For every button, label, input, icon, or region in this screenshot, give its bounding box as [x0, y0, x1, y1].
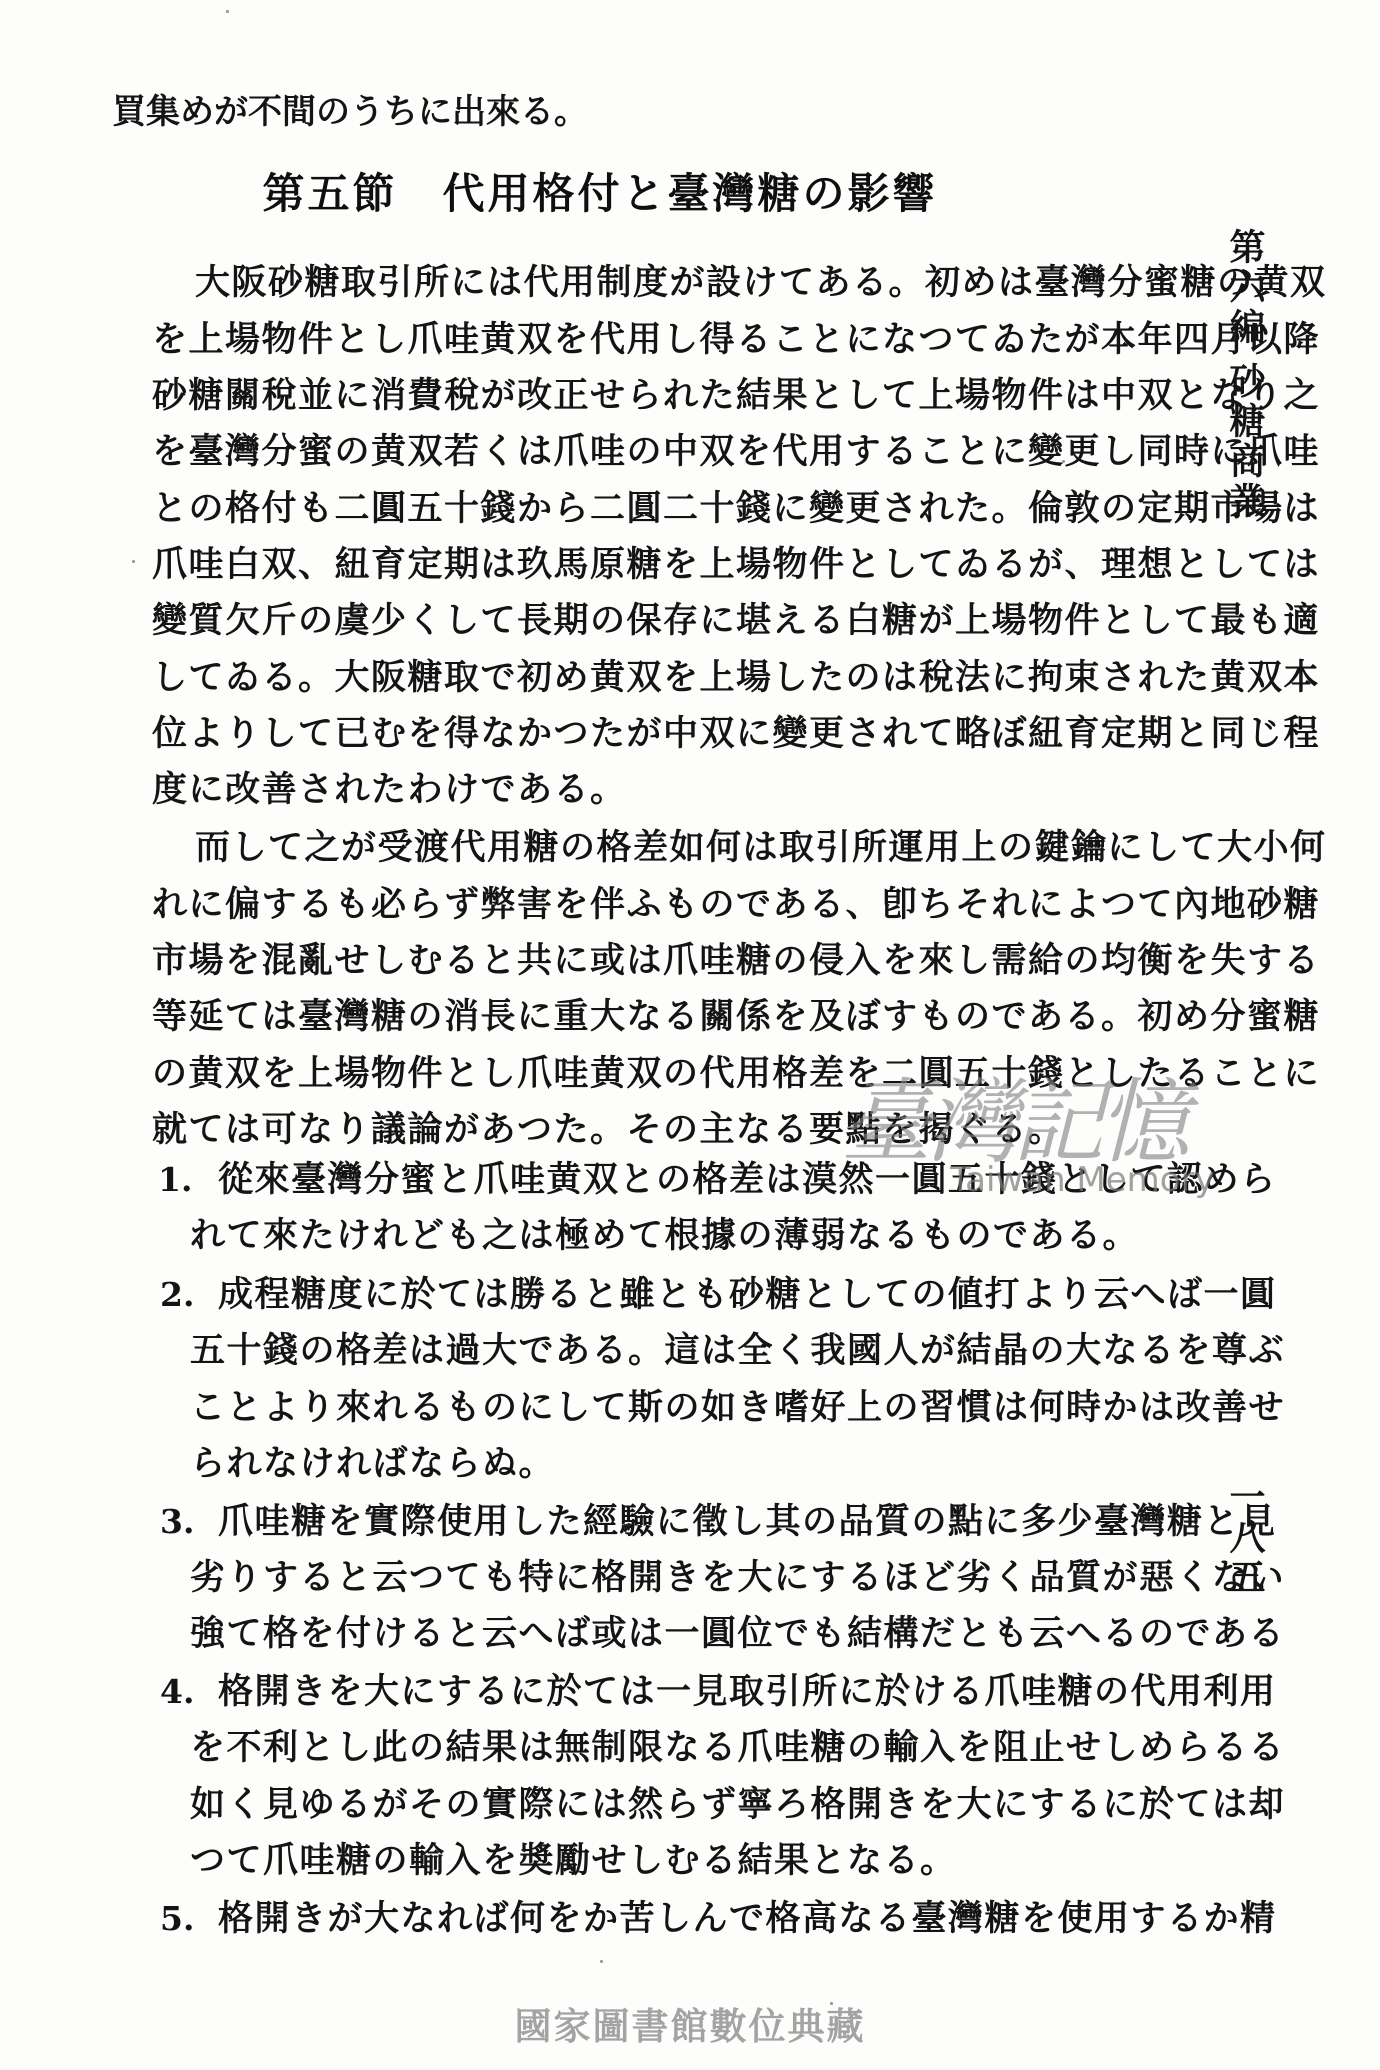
- text-line: を臺灣分蜜の黄双若くは爪哇の中双を代用することに變更し同時に爪哇: [152, 432, 1197, 472]
- scan-speck: [1062, 460, 1065, 463]
- text-line: を不利とし此の結果は無制限なる爪哇糖の輸入を阻止せしめらるる: [190, 1728, 1197, 1768]
- text-line: つて爪哇糖の輸入を奬勵せしむる結果となる。: [190, 1841, 1197, 1881]
- section-title: 第五節 代用格付と臺灣糖の影響: [0, 168, 1200, 220]
- list-number: 3.: [160, 1502, 194, 1542]
- text-line: 等延ては臺灣糖の消長に重大なる關係を及ぼすものである。初め分蜜糖: [152, 997, 1197, 1037]
- text-line: を上場物件とし爪哇黄双を代用し得ることになつてゐたが本年四月以降: [152, 320, 1197, 360]
- text-line: の黄双を上場物件とし爪哇黄双の代用格差を二圓五十錢としたることに: [152, 1054, 1197, 1094]
- text-line: 五十錢の格差は過大である。這は全く我國人が結晶の大なるを尊ぶ: [190, 1331, 1197, 1371]
- text-line: 就ては可なり議論があつた。その主なる要點を揭ぐる。: [152, 1110, 1197, 1150]
- text-line: 成程糖度に於ては勝ると雖とも砂糖としての値打より云へば一圓: [218, 1275, 1197, 1315]
- text-line: 從來臺灣分蜜と爪哇黄双との格差は漠然一圓五十錢として認めら: [218, 1160, 1197, 1200]
- text-line: 而して之が受渡代用糖の格差如何は取引所運用上の鍵鑰にして大小何: [195, 828, 1197, 868]
- text-line: 劣りすると云つても特に格開きを大にするほど劣く品質が惡くない: [190, 1558, 1197, 1598]
- carryover-text: 買集めが不間のうちに出來る。: [112, 92, 588, 132]
- scanned-book-page: 買集めが不間のうちに出來る。 第五節 代用格付と臺灣糖の影響 第六編 砂糖商業 …: [0, 0, 1380, 2070]
- text-line: してゐる。大阪糖取で初め黄双を上場したのは稅法に拘束された黄双本: [152, 658, 1197, 698]
- text-line: 市場を混亂せしむると共に或は爪哇糖の侵入を來し需給の均衡を失する: [152, 941, 1197, 981]
- scan-speck: [600, 1960, 603, 1963]
- text-line: 變質欠斤の虞少くして長期の保存に堪える白糖が上場物件として最も適: [152, 601, 1197, 641]
- text-line: 強て格を付けると云へば或は一圓位でも結構だとも云へるのである: [190, 1614, 1197, 1654]
- text-line: られなければならぬ。: [190, 1444, 1197, 1484]
- text-line: 大阪砂糖取引所には代用制度が設けてある。初めは臺灣分蜜糖の黄双: [195, 263, 1197, 303]
- list-number: 5.: [160, 1899, 194, 1939]
- scan-speck: [132, 560, 135, 563]
- text-line: 位よりして已むを得なかつたが中双に變更されて略ぼ紐育定期と同じ程: [152, 714, 1197, 754]
- list-number: 4.: [160, 1672, 194, 1712]
- text-line: 爪哇糖を實際使用した經驗に徵し其の品質の點に多少臺灣糖と見: [218, 1502, 1197, 1542]
- list-number: 1.: [158, 1160, 192, 1200]
- text-line: 爪哇白双、紐育定期は玖馬原糖を上場物件としてゐるが、理想としては: [152, 545, 1197, 585]
- text-line: 砂糖關稅並に消費稅が改正せられた結果として上場物件は中双となり之: [152, 376, 1197, 416]
- text-line: との格付も二圓五十錢から二圓二十錢に變更された。倫敦の定期市場は: [152, 489, 1197, 529]
- text-line: 如く見ゆるがその實際には然らず寧ろ格開きを大にするに於ては却: [190, 1785, 1197, 1825]
- text-line: れて來たけれども之は極めて根據の薄弱なるものである。: [190, 1216, 1197, 1256]
- text-line: ことより來れるものにして斯の如き嗜好上の習慣は何時かは改善せ: [190, 1388, 1197, 1428]
- text-line: 格開きを大にするに於ては一見取引所に於ける爪哇糖の代用利用: [218, 1672, 1197, 1712]
- library-footer: 國家圖書館數位典藏: [0, 1996, 1380, 2050]
- text-line: 度に改善されたわけである。: [152, 770, 1197, 810]
- text-line: れに偏するも必らず弊害を伴ふものである、卽ちそれによつて內地砂糖: [152, 885, 1197, 925]
- list-number: 2.: [160, 1275, 194, 1315]
- scan-speck: [226, 10, 229, 13]
- text-line: 格開きが大なれば何をか苦しんで格高なる臺灣糖を使用するか精: [218, 1899, 1197, 1939]
